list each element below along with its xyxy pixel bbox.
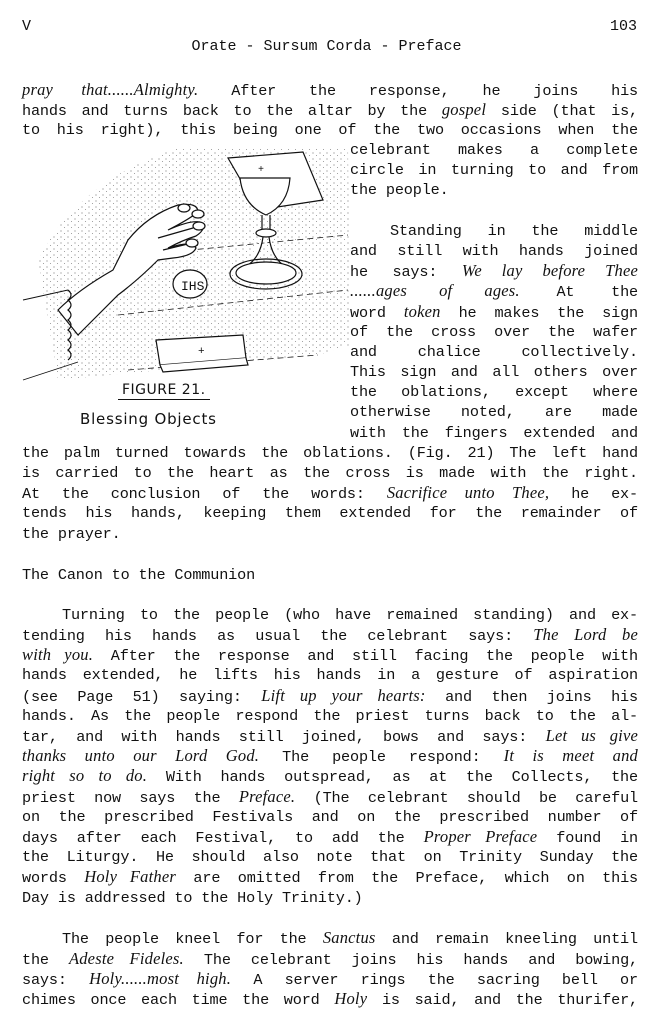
text-line: days after each Festival, to add the Pro… bbox=[22, 827, 638, 848]
figure-label: FIGURE 21. bbox=[118, 382, 210, 400]
text-line: ......ages of ages. At the bbox=[350, 281, 638, 302]
text-line: the people. bbox=[350, 180, 638, 200]
text-line: circle in turning to and from bbox=[350, 160, 638, 180]
text-line: hands and turns back to the altar by the… bbox=[22, 100, 638, 121]
text-line: the Adeste Fideles. The celebrant joins … bbox=[22, 949, 638, 970]
text-line: Day is addressed to the Holy Trinity.) bbox=[22, 888, 638, 908]
text-line: the Liturgy. He should also note that on… bbox=[22, 847, 638, 867]
text-line: and chalice collectively. bbox=[350, 342, 638, 362]
text-line: otherwise noted, are made bbox=[350, 402, 638, 422]
text-line: is carried to the heart as the cross is … bbox=[22, 463, 638, 483]
text-line: chimes once each time the word Holy is s… bbox=[22, 989, 638, 1010]
text-line: of the cross over the wafer bbox=[350, 322, 638, 342]
svg-text:+: + bbox=[198, 346, 205, 358]
figure-caption: Blessing Objects bbox=[80, 410, 217, 428]
page-number: 103 bbox=[610, 18, 637, 35]
altar-book-icon: + bbox=[156, 335, 248, 372]
text-line: thanks unto our Lord God. The people res… bbox=[22, 746, 638, 767]
text-line: pray that......Almighty. After the respo… bbox=[22, 80, 638, 101]
text-line: At the conclusion of the words: Sacrific… bbox=[22, 483, 638, 504]
text-line: and still with hands joined bbox=[350, 241, 638, 261]
text-line: the palm turned towards the oblations. (… bbox=[22, 443, 638, 463]
text-line: tending his hands as usual the celebrant… bbox=[22, 625, 638, 646]
text-line: to his right), this being one of the two… bbox=[22, 120, 638, 140]
running-title: Orate - Sursum Corda - Preface bbox=[0, 38, 653, 55]
wafer-icon: IHS bbox=[173, 270, 207, 298]
text-line: word token he makes the sign bbox=[350, 302, 638, 323]
chapter-number: V bbox=[22, 18, 31, 35]
text-line: he says: We lay before Thee bbox=[350, 261, 638, 282]
text-line: The people kneel for the Sanctus and rem… bbox=[22, 928, 638, 949]
text-line: hands. As the people respond the priest … bbox=[22, 706, 638, 726]
text-line: tar, and with hands still joined, bows a… bbox=[22, 726, 638, 747]
text-line: This sign and all others over bbox=[350, 362, 638, 382]
text-line: says: Holy......most high. A server ring… bbox=[22, 969, 638, 990]
text-line: words Holy Father are omitted from the P… bbox=[22, 867, 638, 888]
text-line: The Canon to the Communion bbox=[22, 565, 638, 585]
text-line: (see Page 51) saying: Lift up your heart… bbox=[22, 686, 638, 707]
svg-text:IHS: IHS bbox=[181, 279, 205, 294]
text-line: celebrant makes a complete bbox=[350, 140, 638, 160]
text-line: hands extended, he lifts his hands in a … bbox=[22, 665, 638, 685]
text-line: Standing in the middle bbox=[350, 221, 638, 241]
text-line: on the prescribed Festivals and on the p… bbox=[22, 807, 638, 827]
text-line: the prayer. bbox=[22, 524, 638, 544]
text-line: the oblations, except where bbox=[350, 382, 638, 402]
text-line: with you. After the response and still f… bbox=[22, 645, 638, 666]
text-line: tends his hands, keeping them extended f… bbox=[22, 503, 638, 523]
text-line: priest now says the Preface. (The celebr… bbox=[22, 787, 638, 808]
text-line: with the fingers extended and bbox=[350, 423, 638, 443]
figure-21-illustration: + IHS + bbox=[18, 140, 350, 390]
text-line: right so to do. With hands outspread, as… bbox=[22, 766, 638, 787]
svg-text:+: + bbox=[258, 165, 264, 176]
text-line: Turning to the people (who have remained… bbox=[22, 605, 638, 625]
